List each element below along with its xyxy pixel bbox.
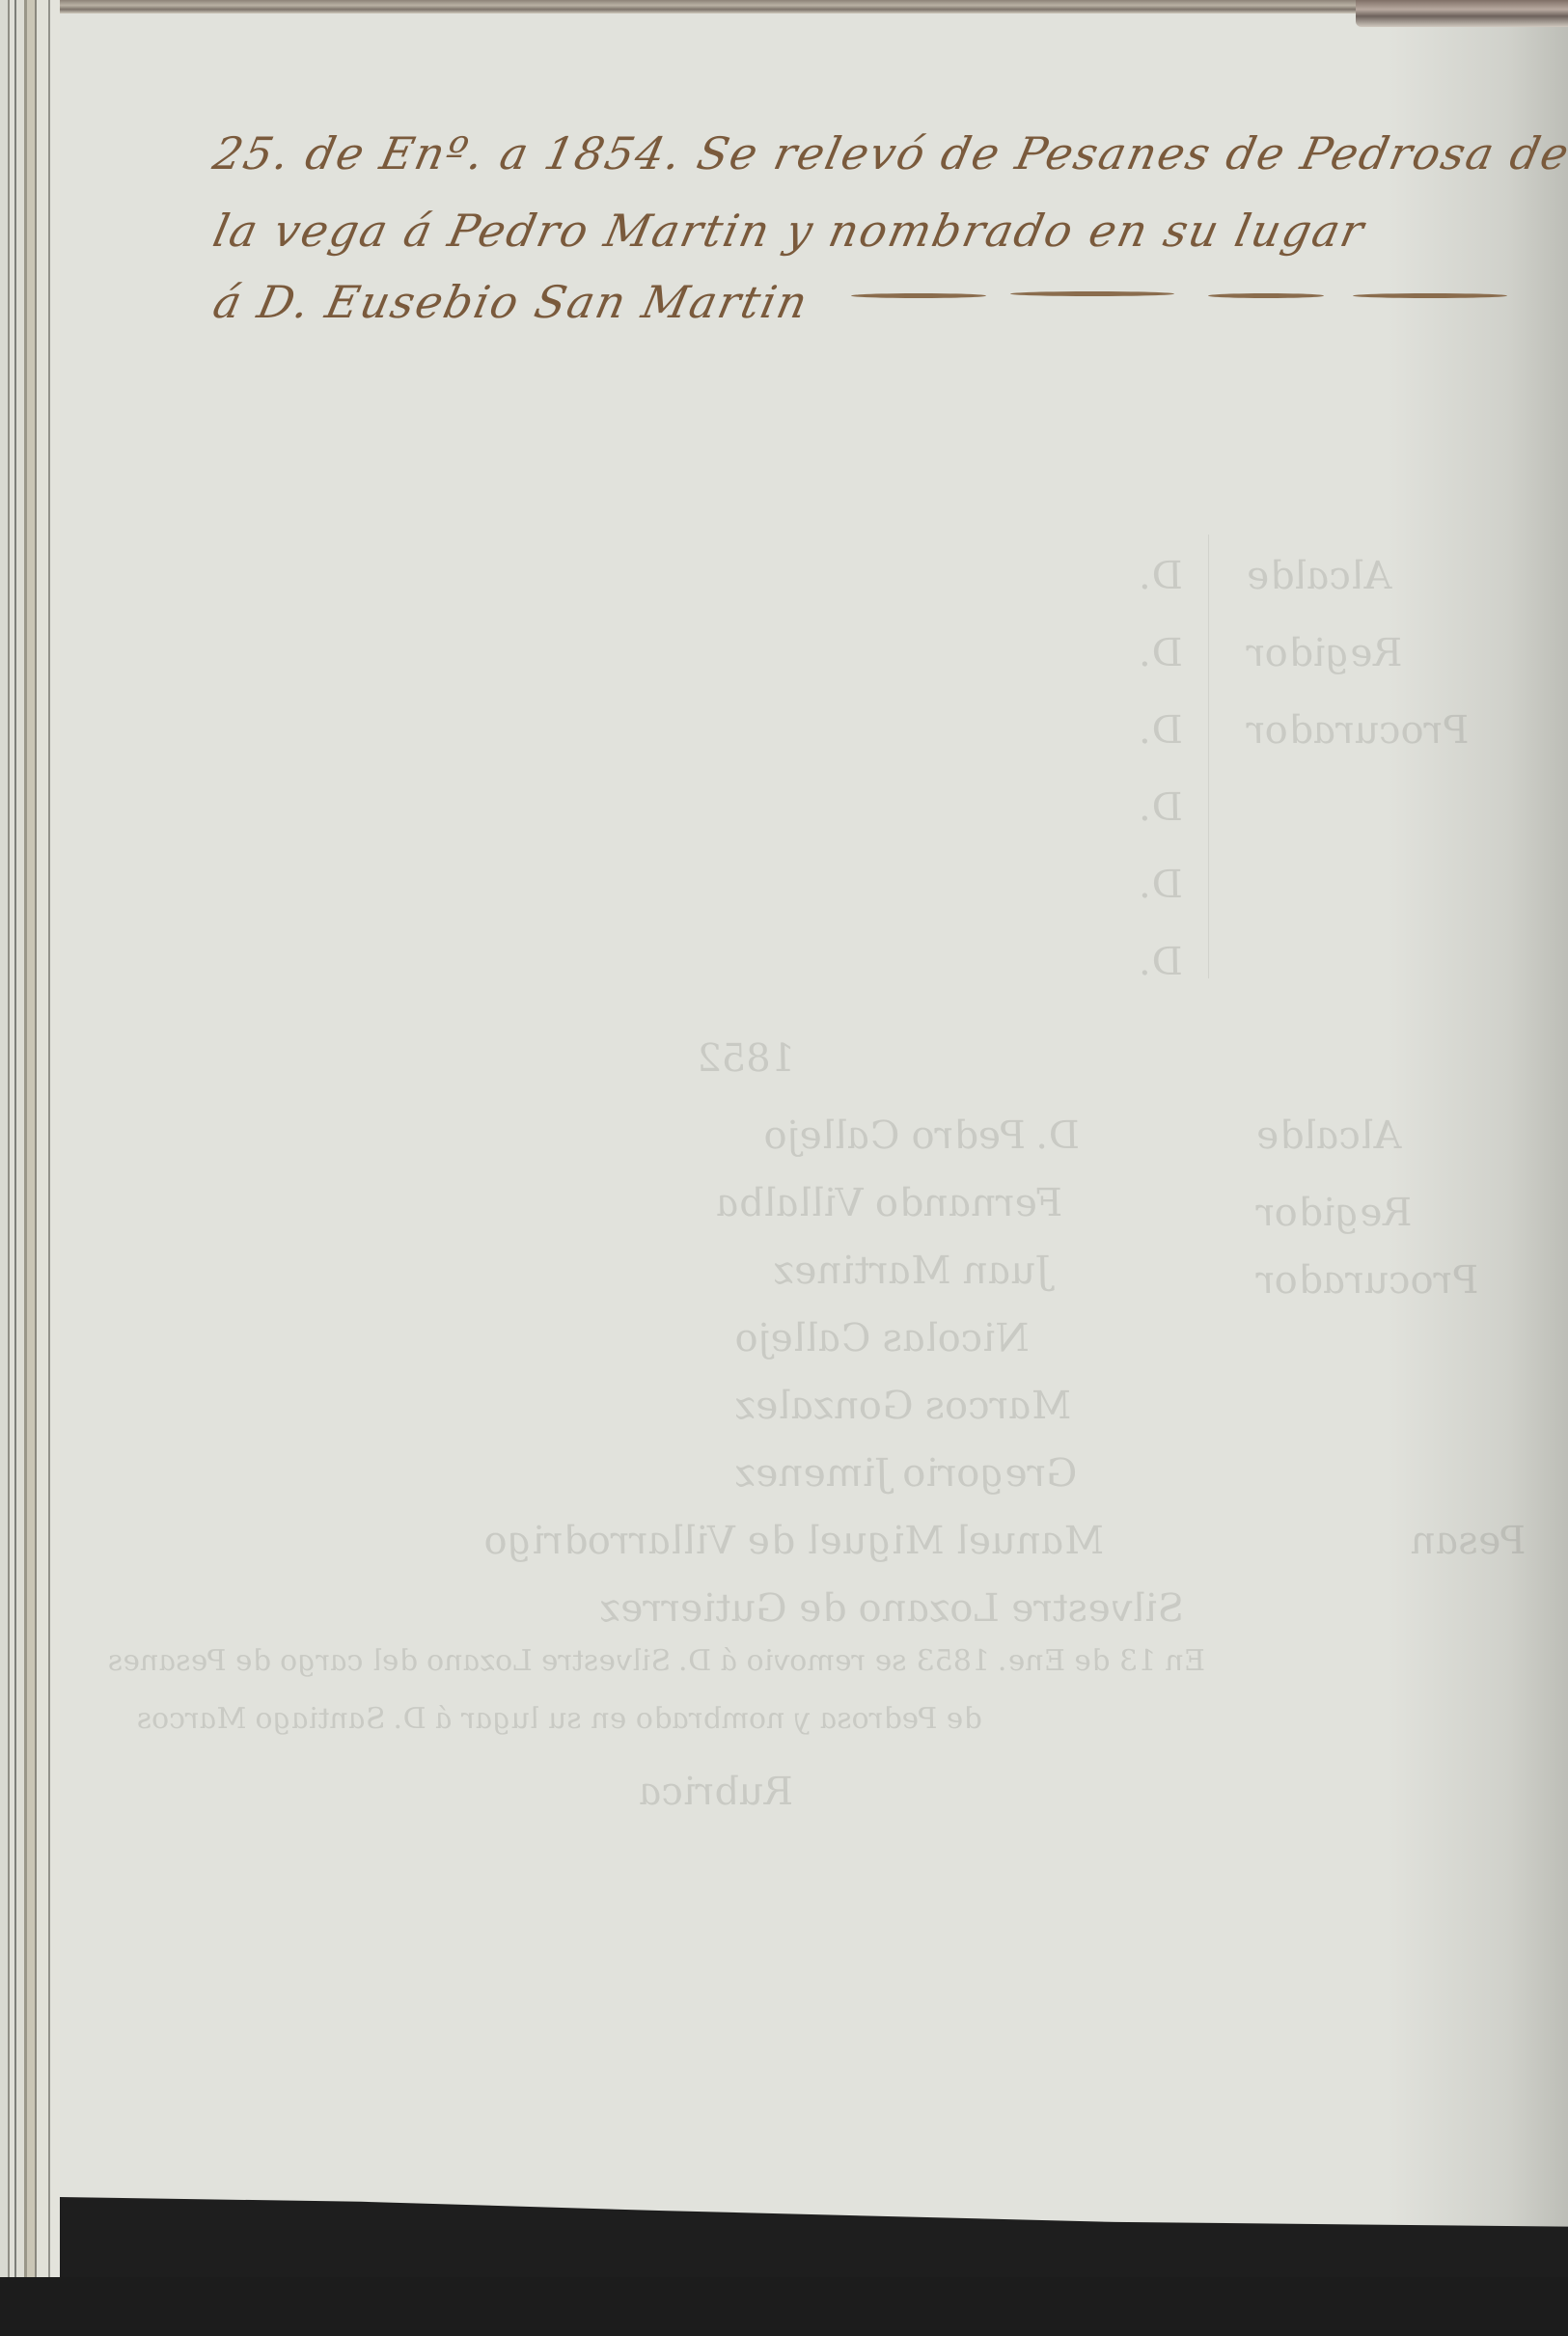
left-stacked-page-edges bbox=[0, 0, 60, 2306]
manuscript-scan: 25. de Enº. a 1854. Se relevó de Pesanes… bbox=[0, 0, 1568, 2336]
closing-flourish-3 bbox=[1208, 293, 1324, 298]
bleed-mark-6: D. bbox=[1137, 940, 1186, 984]
bleed-mark-4: D. bbox=[1137, 785, 1186, 830]
entry-line-2: la vega á Pedro Martin y nombrado en su … bbox=[208, 205, 1370, 257]
bleed-rubric: Rubrica bbox=[635, 1770, 797, 1814]
bleed-role-1: Alcalde bbox=[1243, 554, 1395, 598]
bleed-mark-3: D. bbox=[1137, 708, 1186, 753]
bleed-year: 1852 bbox=[693, 1036, 799, 1081]
bleed-list-8: Silvestre Lozano de Gutierrez bbox=[596, 1586, 1188, 1631]
bleed-mark-1: D. bbox=[1137, 554, 1186, 598]
entry-line-1: 25. de Enº. a 1854. Se relevó de Pesanes… bbox=[208, 127, 1568, 179]
bleed-right-role-4: Pesan bbox=[1407, 1519, 1529, 1563]
closing-flourish-1 bbox=[851, 293, 986, 298]
bleed-lower-line-1: En 13 de Ene. 1853 se removio á D. Silve… bbox=[105, 1644, 1208, 1678]
bleed-mark-5: D. bbox=[1137, 863, 1186, 907]
bleed-right-role-1: Alcalde bbox=[1252, 1113, 1405, 1158]
page-sheet: 25. de Enº. a 1854. Se relevó de Pesanes… bbox=[60, 14, 1568, 2281]
bleed-list-2: Fernando Villalba bbox=[712, 1181, 1066, 1225]
bleed-list-7: Manuel Miguel de Villarrodrigo bbox=[481, 1519, 1108, 1563]
bleed-right-role-2: Regidor bbox=[1252, 1191, 1416, 1235]
top-page-edge bbox=[0, 0, 1568, 14]
top-right-binding-edge bbox=[1356, 0, 1568, 27]
bleed-mark-2: D. bbox=[1137, 631, 1186, 675]
closing-flourish-4 bbox=[1353, 293, 1507, 298]
bleed-list-3: Juan Martinez bbox=[770, 1249, 1056, 1293]
bleed-list-6: Gregorio Jimenez bbox=[731, 1451, 1081, 1496]
entry-line-3: á D. Eusebio San Martin bbox=[208, 276, 813, 328]
closing-flourish-2 bbox=[1010, 291, 1174, 296]
bleed-role-3: Procurador bbox=[1243, 708, 1472, 753]
bleed-list-4: Nicolas Callejo bbox=[731, 1316, 1032, 1360]
bleed-role-2: Regidor bbox=[1243, 631, 1406, 675]
bleed-list-1: D. Pedro Callejo bbox=[760, 1113, 1084, 1158]
bleed-right-role-3: Procurador bbox=[1252, 1258, 1482, 1303]
bleed-column-rule bbox=[1208, 535, 1209, 978]
bleed-lower-line-2: de Pedrosa y nombrado en su lugar á D. S… bbox=[134, 1702, 985, 1736]
bleed-list-5: Marcos Gonzalez bbox=[731, 1384, 1075, 1428]
scan-backdrop bbox=[0, 2277, 1568, 2336]
